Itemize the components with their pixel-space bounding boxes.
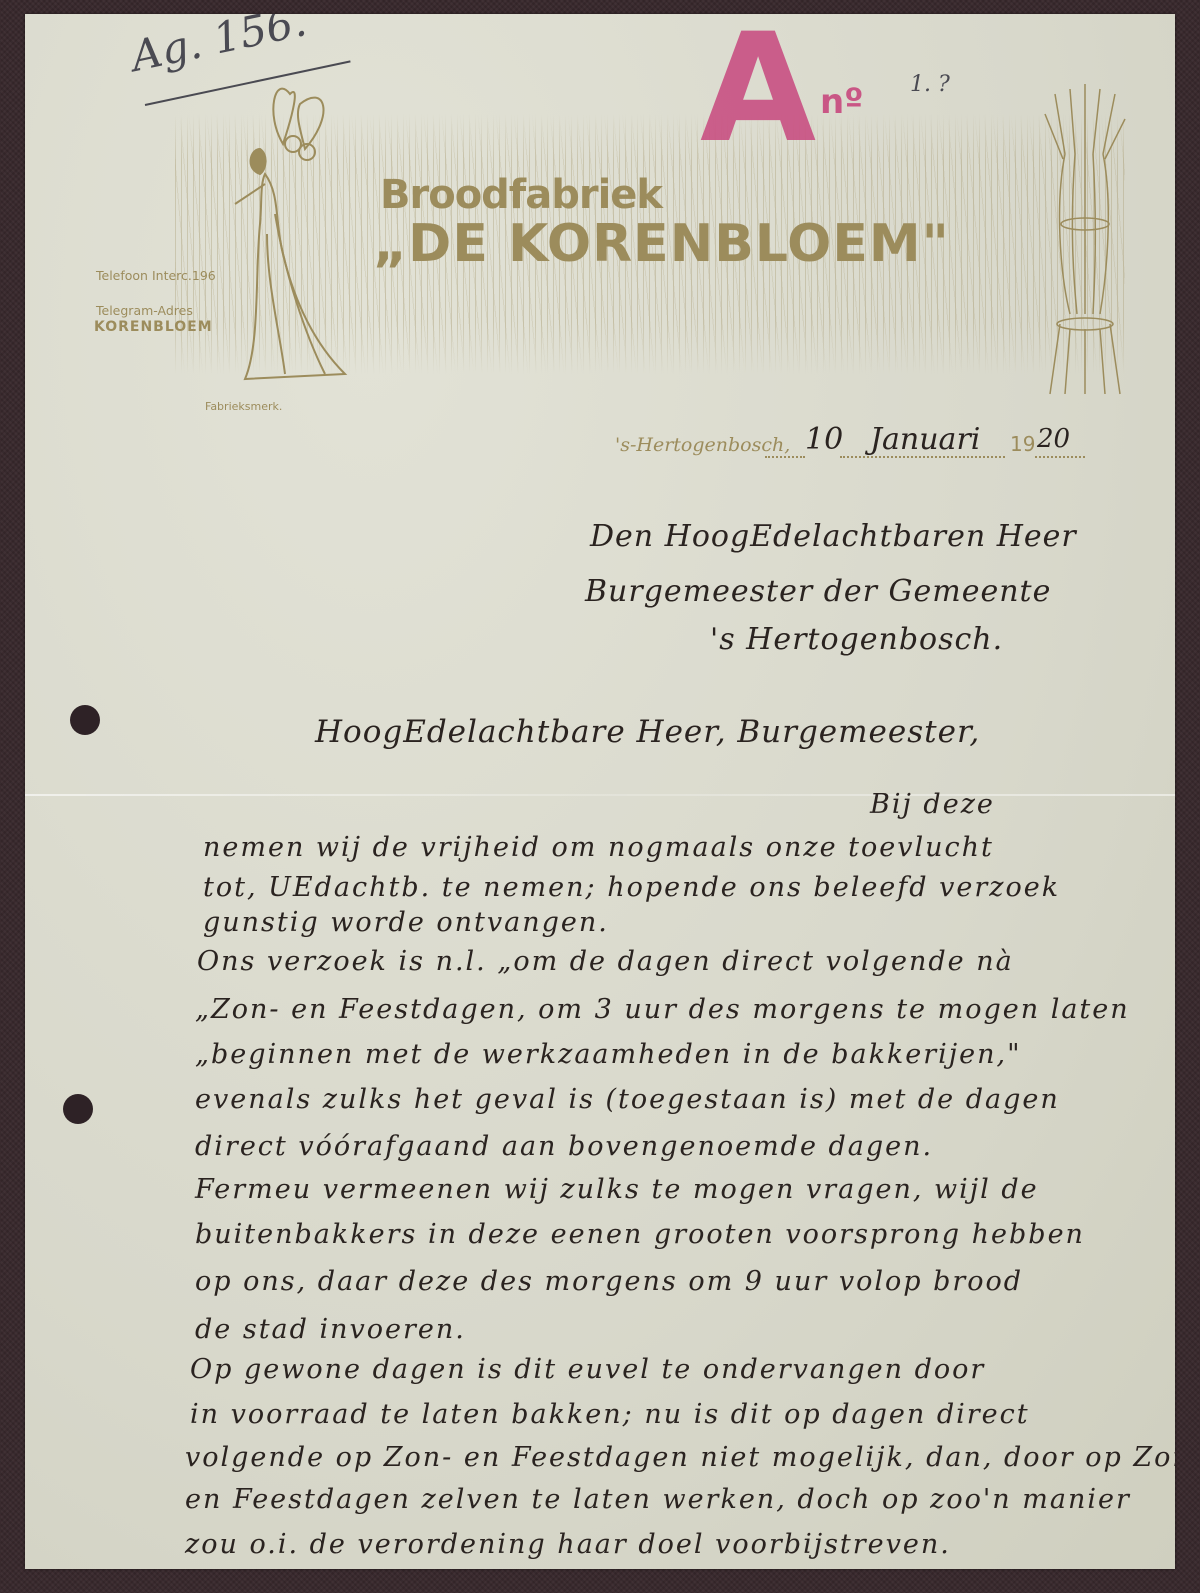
paper-fold-crease [25, 794, 1175, 796]
body-line: „beginnen met de werkzaamheden in de bak… [195, 1039, 1022, 1070]
company-name-line2: „DE KORENBLOEM" [373, 214, 950, 274]
body-line: op ons, daar deze des morgens om 9 uur v… [195, 1266, 1023, 1297]
address-line-2: Burgemeester der Gemeente [585, 574, 1051, 609]
received-stamp-number-label: nº [820, 82, 863, 122]
salutation: HoogEdelachtbare Heer, Burgemeester, [315, 714, 980, 750]
punch-hole-top [70, 705, 100, 735]
dotted-rule [1035, 456, 1085, 458]
body-line: „Zon- en Feestdagen, om 3 uur des morgen… [195, 994, 1130, 1025]
body-line: direct vóórafgaand aan bovengenoemde dag… [195, 1131, 933, 1162]
archive-number: Ag. 156. [127, 14, 311, 81]
telegram-address-label: Telegram-Adres [96, 303, 193, 318]
punch-hole-bottom [63, 1094, 93, 1124]
dateline-place: 's-Hertogenbosch, [615, 434, 790, 456]
telephone-info: Telefoon Interc.196 [96, 268, 216, 283]
body-line: Fermeu vermeenen wij zulks te mogen vrag… [195, 1174, 1039, 1205]
trademark-caption: Fabrieksmerk. [205, 400, 282, 413]
stamp-handwritten-number: 1. ? [910, 72, 950, 97]
body-line: Ons verzoek is n.l. „om de dagen direct … [197, 946, 1014, 977]
body-line: volgende op Zon- en Feestdagen niet moge… [185, 1442, 1175, 1473]
body-line: nemen wij de vrijheid om nogmaals onze t… [203, 832, 994, 863]
body-line: in voorraad te laten bakken; nu is dit o… [190, 1399, 1030, 1430]
letterhead: Broodfabriek „DE KORENBLOEM" Telefoon In… [25, 74, 1175, 419]
body-line: zou o.i. de verordening haar doel voorbi… [185, 1529, 951, 1560]
dateline-year-written: 20 [1037, 424, 1070, 454]
dotted-rule [765, 456, 805, 458]
dateline-month: Januari [870, 422, 980, 457]
letter-page: Ag. 156. [25, 14, 1175, 1569]
dateline-year-printed: 19 [1010, 432, 1035, 456]
company-name-line1: Broodfabriek [380, 172, 662, 218]
received-stamp-letter: A [700, 14, 816, 164]
telegram-address-value: KORENBLOEM [94, 319, 213, 335]
body-line: gunstig worde ontvangen. [203, 907, 609, 938]
body-line: en Feestdagen zelven te laten werken, do… [185, 1484, 1131, 1515]
wheat-sheaf-illustration-icon [1025, 74, 1145, 404]
body-line: evenals zulks het geval is (toegestaan i… [195, 1084, 1060, 1115]
dateline-day: 10 [805, 422, 843, 457]
address-line-1: Den HoogEdelachtbaren Heer [590, 519, 1077, 554]
body-line: Bij deze [870, 789, 995, 820]
body-line: buitenbakkers in deze eenen grooten voor… [195, 1219, 1085, 1250]
body-line: tot, UEdachtb. te nemen; hopende ons bel… [203, 872, 1060, 903]
address-line-3: 's Hertogenbosch. [710, 622, 1003, 657]
body-line: Op gewone dagen is dit euvel te ondervan… [190, 1354, 985, 1385]
body-line: de stad invoeren. [195, 1314, 466, 1345]
lady-with-wings-illustration-icon [205, 74, 365, 394]
